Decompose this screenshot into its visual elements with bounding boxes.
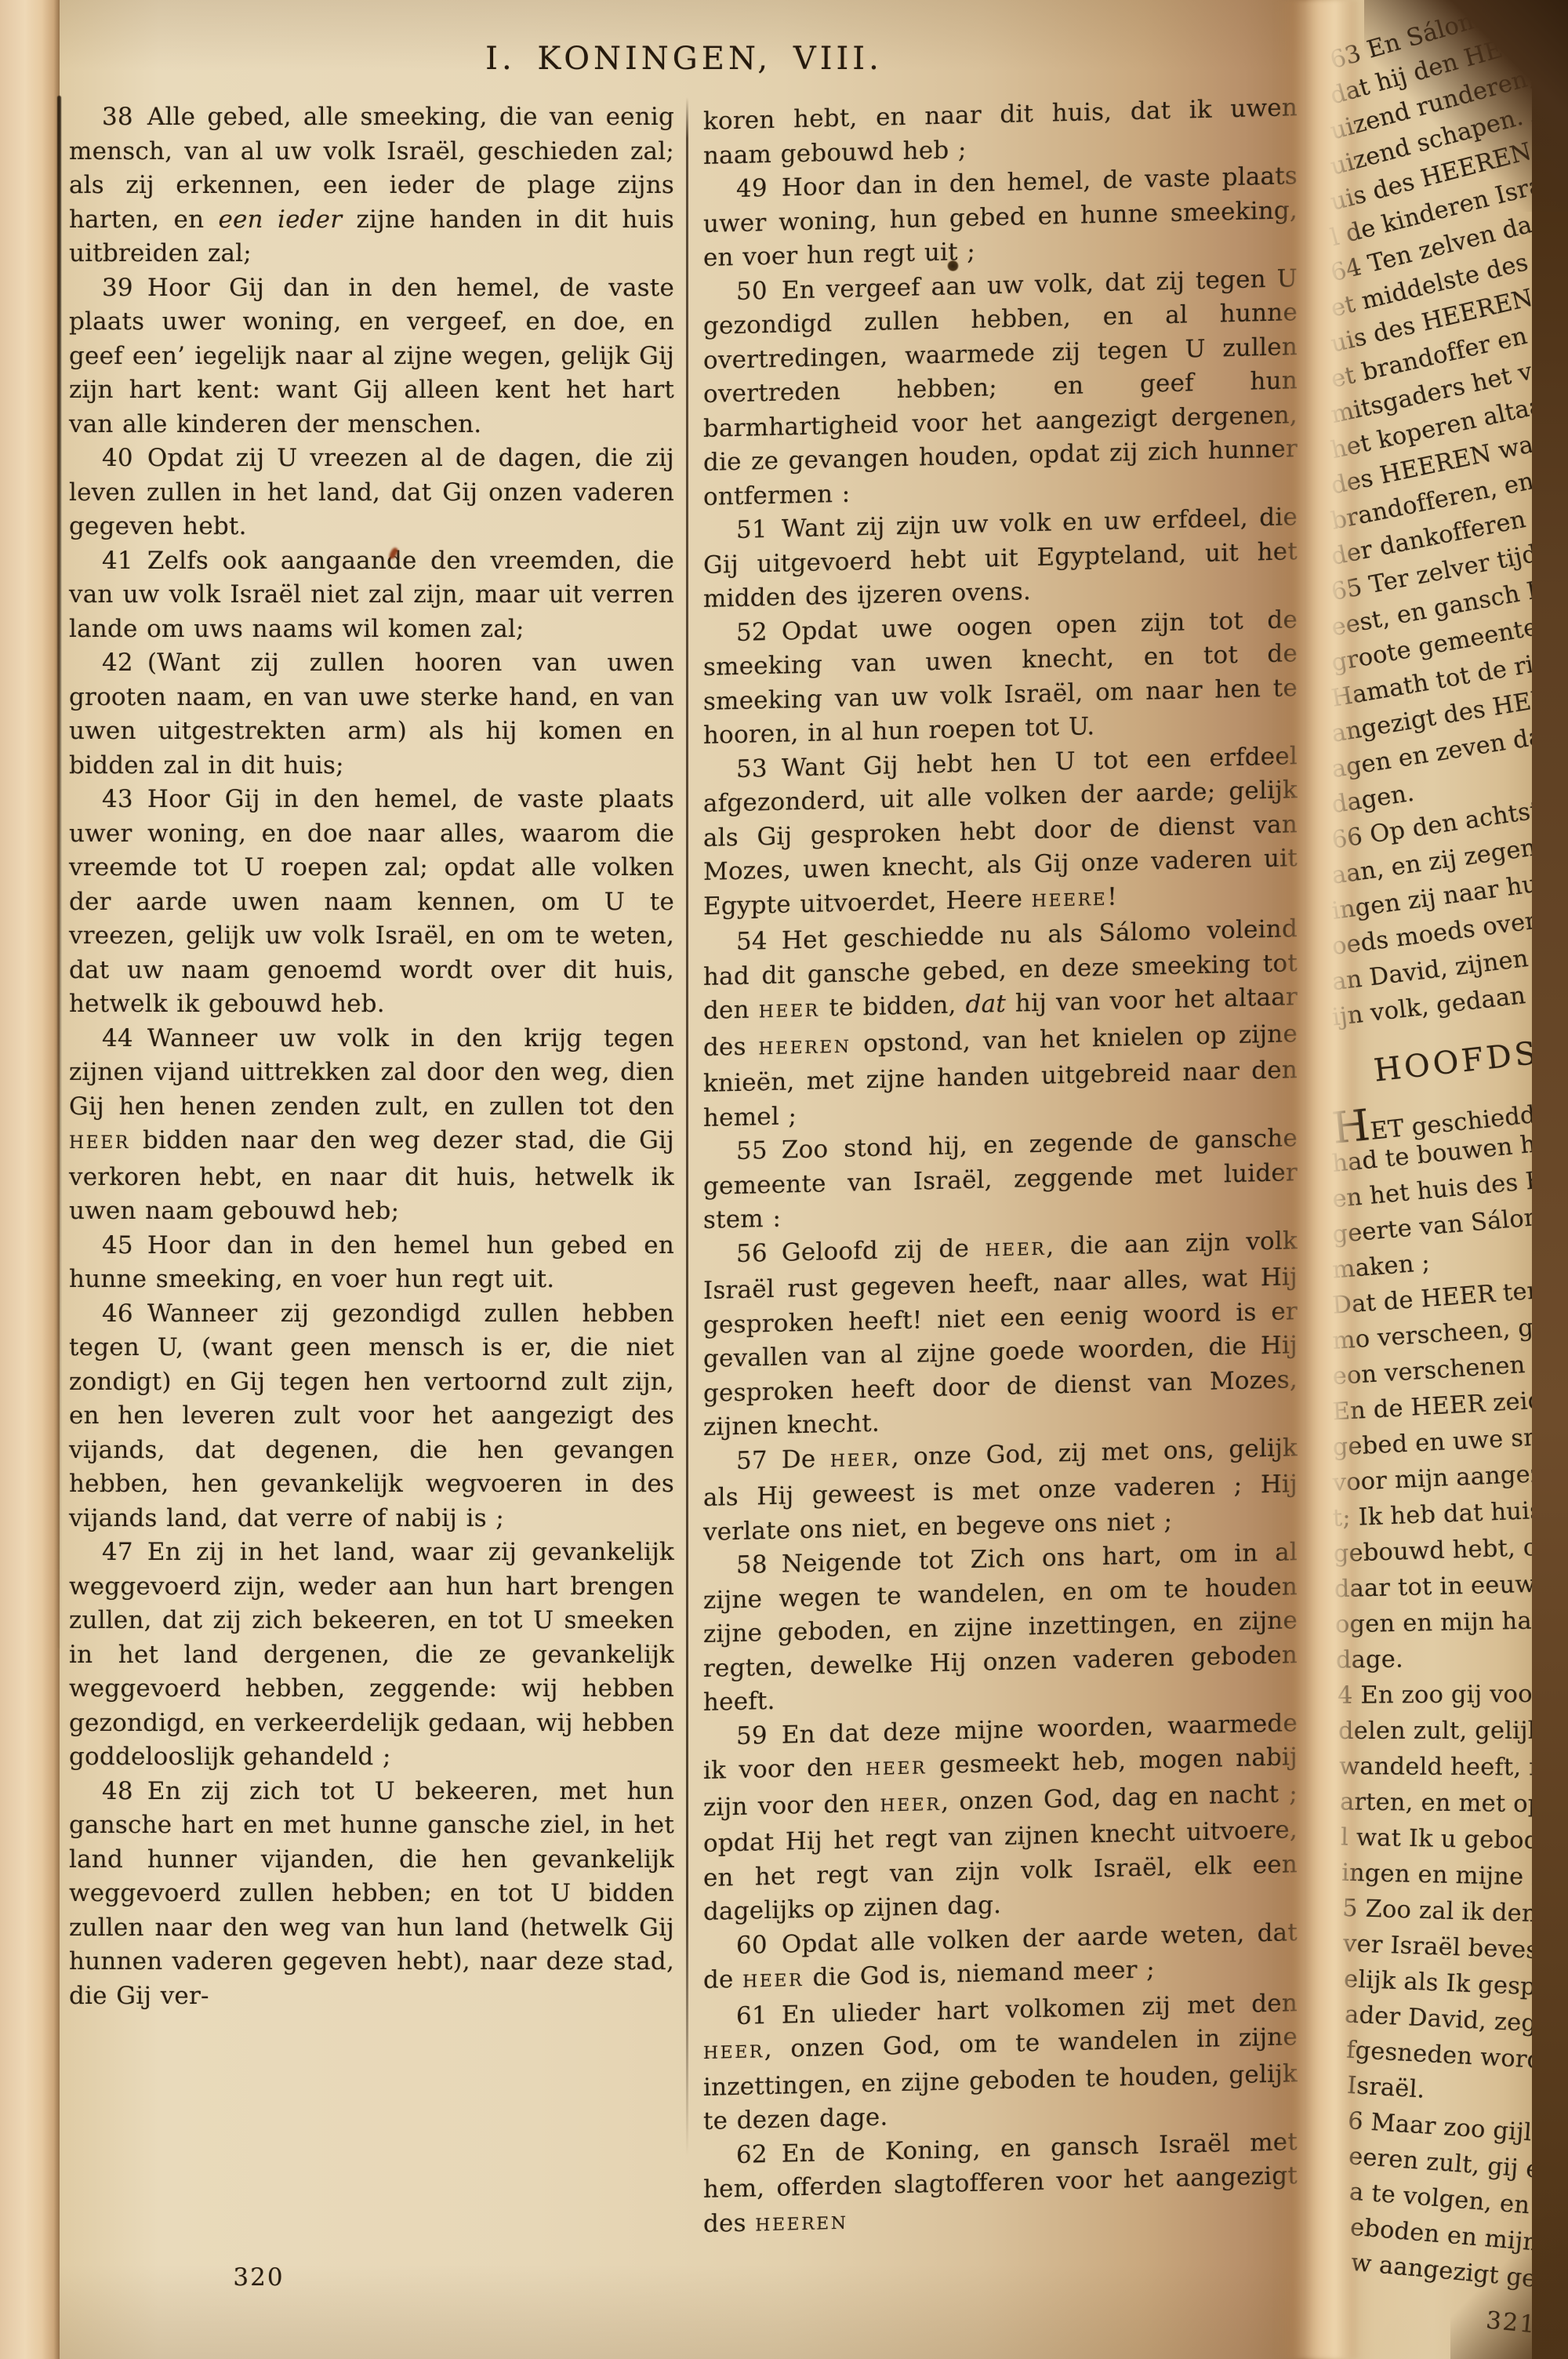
verse-number: 38 [102, 103, 133, 131]
next-page-text-block: 63 En Sálomo offerdedat hij den HEERE of… [1305, 0, 1538, 2323]
divine-name-small-caps: HEER [69, 1133, 130, 1153]
verse-number: 57 [736, 1446, 768, 1475]
verse-62: 62En de Koning, en gansch Israël met hem… [703, 2125, 1298, 2244]
verse-number: 61 [736, 2001, 768, 2030]
verse-51: 51Want zij zijn uw volk en uw erfdeel, d… [703, 500, 1298, 616]
verse-45: 45Hoor dan in den hemel hun gebed en hun… [69, 1229, 674, 1297]
page-edge-shadow-line [57, 96, 61, 1648]
verse-55: 55Zoo stond hij, en zegende de gansche g… [703, 1121, 1298, 1238]
next-page-line: delen zult, gelijk als uw [1338, 1714, 1538, 1749]
divine-name-small-caps: HEER [830, 1450, 891, 1471]
verse-number: 44 [102, 1024, 133, 1052]
verse-number: 53 [736, 754, 768, 783]
divine-name-small-caps: HEER [985, 1239, 1047, 1260]
page-number-next-page: 321 [1350, 2290, 1538, 2343]
next-page-line: ingen en mijne regten hou [1341, 1856, 1538, 1896]
verse-40: 40Opdat zij U vreezen al de dagen, die z… [69, 442, 674, 544]
verse-41: 41Zelfs ook aangaande den vreemden, die … [69, 544, 674, 647]
running-head: I. KONINGEN, VIII. [67, 41, 1301, 77]
divine-name-small-caps: HEER [703, 2042, 764, 2063]
verse-number: 45 [102, 1231, 133, 1259]
verse-number: 60 [736, 1931, 768, 1960]
next-page-line: arten, en met opregtheid, o [1340, 1784, 1538, 1822]
next-page-line: dage. [1336, 1640, 1538, 1677]
divine-name-small-caps: HEEREN [758, 1037, 851, 1059]
divine-name-small-caps: HEER [759, 1001, 820, 1022]
verse-46: 46Wanneer zij gezondigd zullen hebben te… [69, 1297, 674, 1536]
next-page-line: l wat Ik u geboden heb, e [1341, 1820, 1538, 1859]
next-page-line: wandeld heeft, met volk [1339, 1749, 1538, 1785]
verse-48: 48En zij zich tot U bekeeren, met hun ga… [69, 1775, 674, 2014]
verse-number: 55 [736, 1136, 768, 1165]
verse-49: 49Hoor dan in den hemel, de vaste plaats… [703, 159, 1298, 275]
right-text-column: koren hebt, en naar dit huis, dat ik uwe… [703, 105, 1298, 2244]
verse-number: 50 [736, 277, 768, 306]
verse-47: 47En zij in het land, waar zij gevankeli… [69, 1536, 674, 1775]
underlying-page-edge [0, 0, 60, 2359]
next-page-line: 5 Zoo zal ik den troon u [1342, 1891, 1538, 1932]
next-page-line: ogen en mijn hart zullen da [1335, 1604, 1538, 1643]
verse-56: 56Geloofd zij de HEER, die aan zijn volk… [703, 1224, 1298, 1445]
verse-38: 38Alle gebed, alle smeeking, die van een… [69, 100, 674, 271]
verse-number: 48 [102, 1777, 133, 1805]
next-page-line: gebouwd hebt, opdat Ik [1333, 1530, 1538, 1572]
verse-number: 39 [102, 274, 133, 302]
verse-54: 54Het geschiedde nu als Sálomo voleind h… [703, 912, 1298, 1136]
verse-number: 47 [102, 1538, 133, 1566]
verse-43: 43Hoor Gij in den hemel, de vaste plaats… [69, 783, 674, 1022]
verse-58: 58Neigende tot Zich ons hart, om in al z… [703, 1536, 1298, 1720]
verse-50: 50En vergeef aan uw volk, dat zij tegen … [703, 262, 1298, 514]
verse-number: 54 [736, 927, 768, 956]
verse-39: 39Hoor Gij dan in den hemel, de vaste pl… [69, 271, 674, 442]
divine-name-small-caps: HEER [880, 1794, 941, 1816]
verse-number: 49 [736, 174, 768, 203]
left-column-verses: 38Alle gebed, alle smeeking, die van een… [69, 100, 674, 2013]
next-page-line: t; Ik heb dat huis geb [1332, 1493, 1538, 1536]
verse-59: 59En dat deze mijne woorden, waarmede ik… [703, 1707, 1298, 1930]
verse-number: 59 [736, 1721, 768, 1750]
photo-right-edge [1532, 0, 1568, 2359]
italic-phrase: dat [966, 990, 1006, 1019]
next-page-curled: 63 En Sálomo offerdedat hij den HEERE of… [1305, 0, 1538, 2359]
right-column-verses: koren hebt, en naar dit huis, dat ik uwe… [703, 91, 1298, 2244]
left-text-column: 38Alle gebed, alle smeeking, die van een… [69, 100, 674, 2013]
verse-number: 58 [736, 1550, 768, 1579]
verse-number: 52 [736, 618, 768, 647]
verse-44: 44Wanneer uw volk in den krijg tegen zij… [69, 1022, 674, 1229]
verse-42: 42(Want zij zullen hooren van uwen groot… [69, 646, 674, 783]
verse-57: 57De HEER, onze God, zij met ons, gelijk… [703, 1431, 1298, 1550]
verse-number: 41 [102, 547, 133, 575]
italic-phrase: een ieder [218, 205, 342, 234]
divine-name-small-caps: HEEREN [755, 2213, 848, 2235]
verse-53: 53Want Gij hebt hen U tot een erfdeel af… [703, 740, 1298, 926]
verse-number: 43 [102, 785, 133, 813]
verse-52: 52Opdat uwe oogen open zijn tot de smeek… [703, 603, 1298, 754]
divine-name-small-caps: HEER [866, 1758, 927, 1779]
verse-number: 51 [736, 515, 768, 544]
verse-61: 61En ulieder hart volkomen zij met den H… [703, 1986, 1298, 2139]
verse-number: 46 [102, 1299, 133, 1328]
divine-name-small-caps: HEERE [1032, 889, 1107, 911]
verse-number: 56 [736, 1239, 768, 1268]
verse-number: 62 [736, 2140, 768, 2169]
page-number-left: 320 [180, 2263, 337, 2292]
column-divider-rule [686, 97, 688, 2156]
book-photo: 63 En Sálomo offerdedat hij den HEERE of… [0, 0, 1568, 2359]
verse-number: 42 [102, 649, 133, 677]
divine-name-small-caps: HEER [742, 1971, 804, 1992]
verse-number: 40 [102, 444, 133, 472]
next-page-line: 4 En zoo gij voor mijn a [1337, 1677, 1538, 1714]
next-page-line: daar tot in eeuwigheid z [1334, 1567, 1538, 1608]
